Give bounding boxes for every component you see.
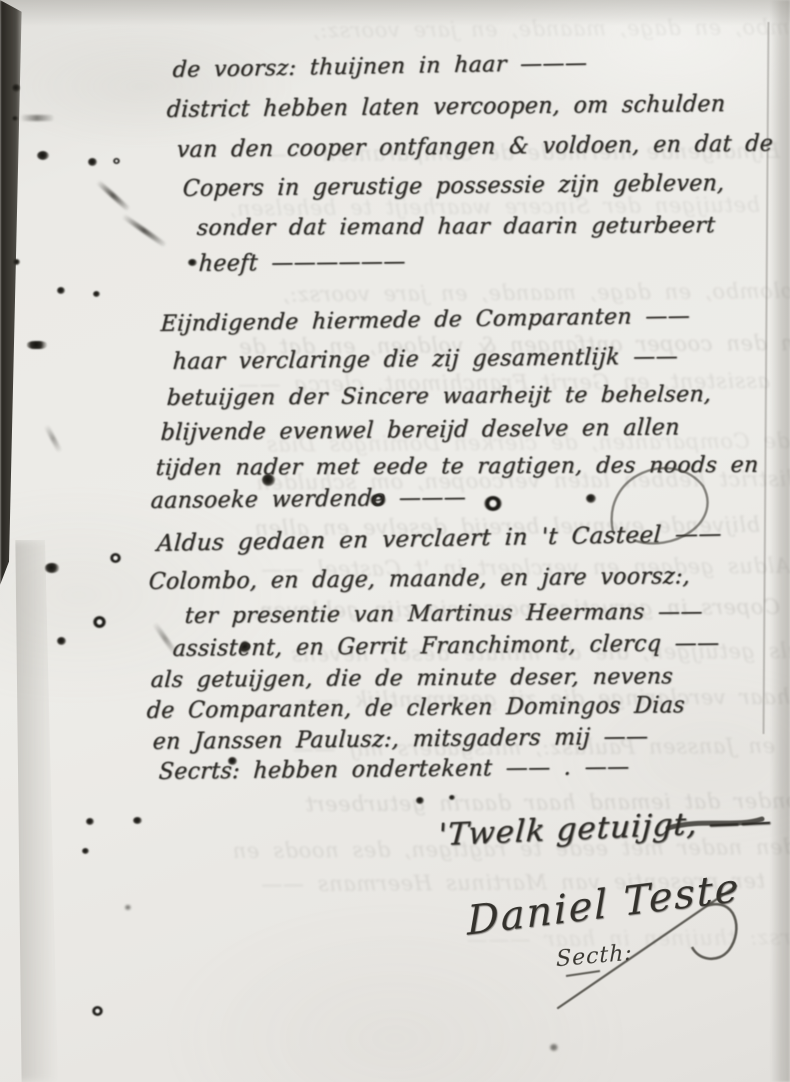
manuscript-scan-page: Colombo, en dage, maande, en jare voorsz…: [0, 0, 790, 1082]
ink-spot: [125, 905, 131, 910]
manuscript-line: aansoeke werdende ———: [150, 485, 467, 514]
ink-spot: [37, 151, 49, 160]
show-through-stroke: [96, 180, 131, 212]
ink-spot: [57, 637, 66, 645]
ink-spot: [416, 797, 424, 804]
bleed-through-line: de voorsz: thuijnen in haar ———: [0, 925, 790, 955]
manuscript-line: de Comparanten, de clerken Domingos Dias: [146, 692, 686, 724]
manuscript-line: en Janssen Paulusz:, mitsgaders mij ——: [152, 724, 649, 755]
ink-spot: [110, 553, 121, 563]
manuscript-line: district hebben laten vercoopen, om schu…: [166, 91, 726, 123]
closing-phrase: 'Twelk getuijgt, ——: [437, 803, 774, 854]
ink-spot: [12, 84, 20, 92]
manuscript-line: ter presentie van Martinus Heermans ——: [184, 599, 704, 629]
show-through-stroke: [20, 115, 54, 121]
ink-spot: [484, 496, 502, 511]
manuscript-line: Copers in gerustige possessie zijn geble…: [182, 170, 725, 202]
page-fold-band-left: [6, 540, 58, 1082]
page-crease-right: [763, 22, 770, 734]
ink-spot: [93, 291, 100, 297]
ink-spot: [133, 817, 142, 824]
manuscript-line: Eijndigende hiermede de Comparanten ——: [160, 304, 691, 337]
ink-spot: [86, 818, 94, 825]
signature-title: Secth:: [556, 941, 633, 973]
ink-spot: [586, 494, 596, 503]
ink-spot: [550, 1044, 558, 1051]
manuscript-line: van den cooper ontfangen & voldoen, en d…: [176, 131, 774, 163]
manuscript-line: als getuijgen, die de minute deser, neve…: [150, 664, 674, 693]
ink-spot: [12, 116, 18, 121]
top-edge-shadow: [0, 0, 790, 26]
ink-spot: [45, 563, 59, 573]
ink-spot: [88, 158, 97, 166]
manuscript-line: blijvende evenwel bereijd deselve en all…: [160, 415, 681, 446]
ink-spot: [449, 795, 455, 800]
ink-spot: [93, 616, 106, 628]
bleed-through-line: Colombo, en dage, maande, en jare voorsz…: [0, 15, 790, 45]
ink-spot: [27, 341, 47, 349]
signature-name: Daniel Teste: [467, 865, 741, 945]
manuscript-line: tijden nader met eede te ragtigen, des n…: [155, 453, 759, 481]
manuscript-line: haar verclaringe die zij gesamentlijk ——: [172, 344, 679, 375]
manuscript-line: betuijgen der Sincere waarheijt te behel…: [166, 382, 712, 411]
show-through-stroke: [44, 424, 62, 453]
manuscript-line: assistent, en Gerrit Franchimont, clercq…: [172, 630, 720, 662]
manuscript-line: Colombo, en dage, maande, en jare voorsz…: [148, 563, 691, 595]
manuscript-line: Secrts: hebben ondertekent —— . ——: [158, 754, 630, 785]
ink-spot: [13, 259, 20, 265]
right-margin-band: [770, 0, 790, 1082]
ink-spot: [82, 848, 89, 854]
show-through-stroke: [121, 214, 166, 248]
manuscript-line: de voorsz: thuijnen in haar ———: [172, 51, 588, 83]
manuscript-line: heeft ——————: [198, 249, 407, 277]
ink-spot: [92, 1006, 103, 1016]
ink-spot: [113, 158, 120, 164]
ink-spot: [57, 287, 65, 294]
manuscript-line: sonder dat iemand haar daarin geturbeert: [196, 213, 716, 241]
ink-spot: [188, 259, 197, 266]
manuscript-line: Aldus gedaen en verclaert in 't Casteel …: [156, 521, 723, 557]
